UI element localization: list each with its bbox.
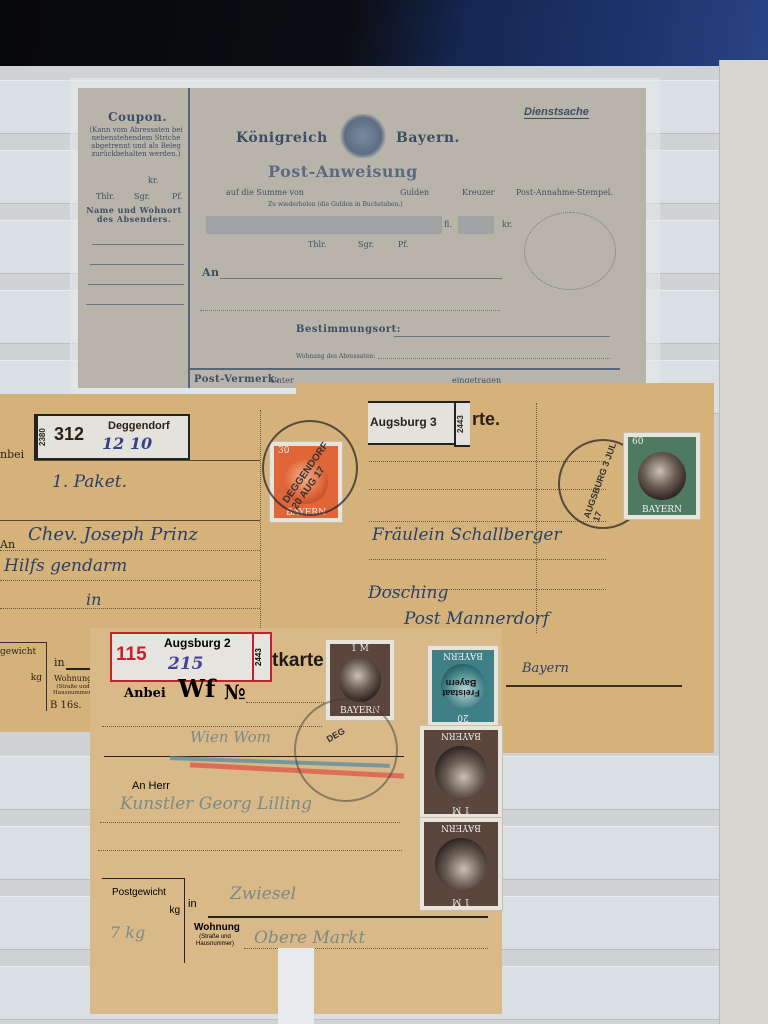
postmark: DEG bbox=[294, 698, 398, 802]
kingdom-left: Königreich bbox=[236, 130, 328, 146]
to-line bbox=[220, 278, 502, 279]
coupon-thlr: Thlr. bbox=[96, 192, 115, 201]
form-title: Post-Anweisung bbox=[268, 162, 418, 181]
title-fragment: tkarte bbox=[272, 650, 324, 672]
album-slot-gap bbox=[278, 948, 314, 1024]
in-label: in bbox=[188, 898, 197, 910]
handwritten-addressee: Kunstler Georg Lilling bbox=[120, 794, 312, 814]
stamp-value: 1 M bbox=[452, 804, 470, 814]
registration-label: 2380 312 Deggendorf 12 10 bbox=[34, 414, 190, 460]
dotted-line bbox=[102, 726, 322, 727]
coupon-section: Coupon. (Kann vom Abressaten bei nebenst… bbox=[78, 88, 190, 388]
stamp-60-bayern: 60 BAYERN bbox=[624, 433, 700, 519]
handwritten-street: Obere Markt bbox=[254, 928, 365, 948]
handwritten-line2: Dosching bbox=[368, 583, 448, 603]
coupon-line bbox=[90, 264, 184, 265]
divider bbox=[190, 368, 620, 370]
handwritten-sender: Wien Wom bbox=[190, 728, 271, 746]
anbei-label: nbei bbox=[0, 448, 24, 461]
handwritten-line2: Hilfs gendarm bbox=[4, 556, 127, 576]
dotted-line bbox=[0, 550, 260, 551]
destination-line bbox=[394, 336, 610, 337]
postmark-circle bbox=[524, 212, 616, 290]
fl-label: fl. bbox=[444, 220, 452, 229]
coupon-sgr: Sgr. bbox=[134, 192, 150, 201]
an-herr-label: An Herr bbox=[132, 780, 170, 792]
label-town: Augsburg 3 bbox=[370, 415, 437, 429]
residence-label: Wohnung bbox=[54, 674, 92, 683]
stamp-value: 1 M bbox=[351, 644, 369, 654]
overprint-text: Freistaat Bayern bbox=[430, 678, 492, 698]
post-note-text: Unter bbox=[270, 376, 294, 385]
wf-mark: Wf bbox=[178, 674, 215, 703]
bavarian-coat-of-arms-icon bbox=[338, 114, 388, 158]
post-note-label: Post-Vermerk. bbox=[194, 374, 279, 385]
weight-box: gewicht kg bbox=[0, 642, 47, 711]
label-town: Deggendorf bbox=[108, 420, 170, 432]
coupon-sender-label: Name und Wohnort des Absenders. bbox=[84, 206, 184, 224]
stamp-1m-bayern: 1 M BAYERN bbox=[420, 726, 502, 818]
anbei-label: Anbei bbox=[124, 686, 166, 701]
coupon-kr: kr. bbox=[148, 176, 158, 185]
portrait-icon bbox=[435, 838, 487, 890]
handwritten-addressee: Chev. Joseph Prinz bbox=[28, 524, 198, 545]
pf-label: Pf. bbox=[398, 240, 409, 249]
kr-field bbox=[458, 216, 494, 234]
vertical-divider bbox=[260, 410, 261, 640]
label-town: Augsburg 2 bbox=[164, 636, 231, 650]
handwritten-line1: Fräulein Schallberger bbox=[372, 525, 562, 545]
residence-sub: (Straße und Hausnummer) bbox=[186, 934, 244, 948]
handwritten-number: 12 10 bbox=[102, 434, 152, 453]
coupon-title: Coupon. bbox=[108, 110, 167, 124]
coupon-pf: Pf. bbox=[172, 192, 183, 201]
postmark: DEGGENDORF 20 AUG 17 bbox=[262, 420, 358, 516]
kr-label: kr. bbox=[502, 220, 512, 229]
line bbox=[208, 916, 488, 918]
residence-label: Wohnung bbox=[194, 922, 240, 933]
stamp-country: BAYERN bbox=[642, 505, 682, 515]
kg-label: kg bbox=[169, 905, 180, 916]
sum-line: auf die Summe von bbox=[226, 188, 304, 197]
stamp-value: 20 bbox=[457, 712, 468, 722]
handwritten-line3: Post Mannerdorf bbox=[404, 609, 549, 629]
stamp-value: 1 M bbox=[452, 896, 470, 906]
sgr-label: Sgr. bbox=[358, 240, 374, 249]
dotted-line bbox=[0, 608, 260, 609]
dotted-line bbox=[100, 822, 400, 823]
to-label: An bbox=[202, 266, 220, 279]
weight-value: 7 kg bbox=[110, 923, 145, 942]
kg-label: kg bbox=[31, 673, 42, 683]
label-number: 115 bbox=[116, 644, 147, 666]
number-sign: № bbox=[224, 680, 246, 704]
thlr-label: Thlr. bbox=[308, 240, 327, 249]
handwritten-line4: Bayern bbox=[522, 661, 569, 676]
coupon-note: (Kann vom Abressaten bei nebenstehendem … bbox=[86, 126, 186, 158]
stamp-country: BAYERN bbox=[443, 650, 483, 660]
registration-label: Augsburg 3 bbox=[366, 401, 468, 445]
stamp-value: 60 bbox=[632, 437, 643, 447]
album-margin bbox=[719, 60, 768, 1024]
vertical-divider bbox=[536, 403, 537, 633]
form-number: B 16s. bbox=[50, 700, 82, 711]
address-line bbox=[200, 310, 500, 311]
label-code: 2380 bbox=[36, 416, 52, 458]
in-label: in bbox=[54, 656, 65, 669]
currency-gulden: Gulden bbox=[400, 188, 429, 197]
residence-line bbox=[378, 358, 610, 359]
handwritten-1: 1. Paket. bbox=[52, 472, 127, 492]
destination-label: Bestimmungsort: bbox=[296, 324, 401, 335]
dotted-line bbox=[98, 850, 402, 851]
service-mark: Dienstsache bbox=[524, 106, 589, 119]
label-number: 312 bbox=[54, 424, 84, 445]
line bbox=[34, 460, 260, 461]
currency-kreuzer: Kreuzer bbox=[462, 188, 494, 197]
label-code: 2443 bbox=[454, 401, 470, 447]
portrait-icon bbox=[339, 658, 381, 703]
portrait-icon bbox=[435, 746, 487, 798]
stamp-country: BAYERN bbox=[441, 822, 481, 832]
repeat-note: Zu wiederholen (die Gulden in Buchstaben… bbox=[268, 200, 403, 209]
title-fragment: rte. bbox=[472, 409, 500, 430]
handwritten-town: Zwiesel bbox=[230, 884, 296, 904]
amount-field bbox=[206, 216, 442, 234]
stamp-country: BAYERN bbox=[441, 730, 481, 740]
coupon-line bbox=[88, 284, 184, 285]
portrait-icon bbox=[638, 452, 686, 500]
post-anweisung-card: Coupon. (Kann vom Abressaten bei nebenst… bbox=[78, 88, 646, 388]
stamp-1m-bayern: 1 M BAYERN bbox=[420, 818, 502, 910]
stamp-box-label: Post-Annahme-Stempel. bbox=[516, 188, 613, 197]
coupon-line bbox=[92, 244, 184, 245]
residence-label: Wohnung des Abressaten: bbox=[296, 352, 375, 361]
dotted-line bbox=[246, 702, 326, 703]
weight-label: Postgewicht bbox=[112, 887, 166, 898]
handwritten-number: 215 bbox=[168, 654, 204, 674]
weight-box: Postgewicht kg 7 kg bbox=[102, 878, 185, 963]
handwritten-line3: in bbox=[86, 590, 101, 609]
coupon-line bbox=[86, 304, 184, 305]
dotted-line bbox=[0, 580, 260, 581]
underline bbox=[506, 685, 682, 687]
label-code: 2443 bbox=[252, 632, 272, 682]
weight-label: gewicht bbox=[0, 647, 36, 657]
kingdom-right: Bayern. bbox=[396, 130, 460, 146]
line bbox=[0, 520, 260, 521]
